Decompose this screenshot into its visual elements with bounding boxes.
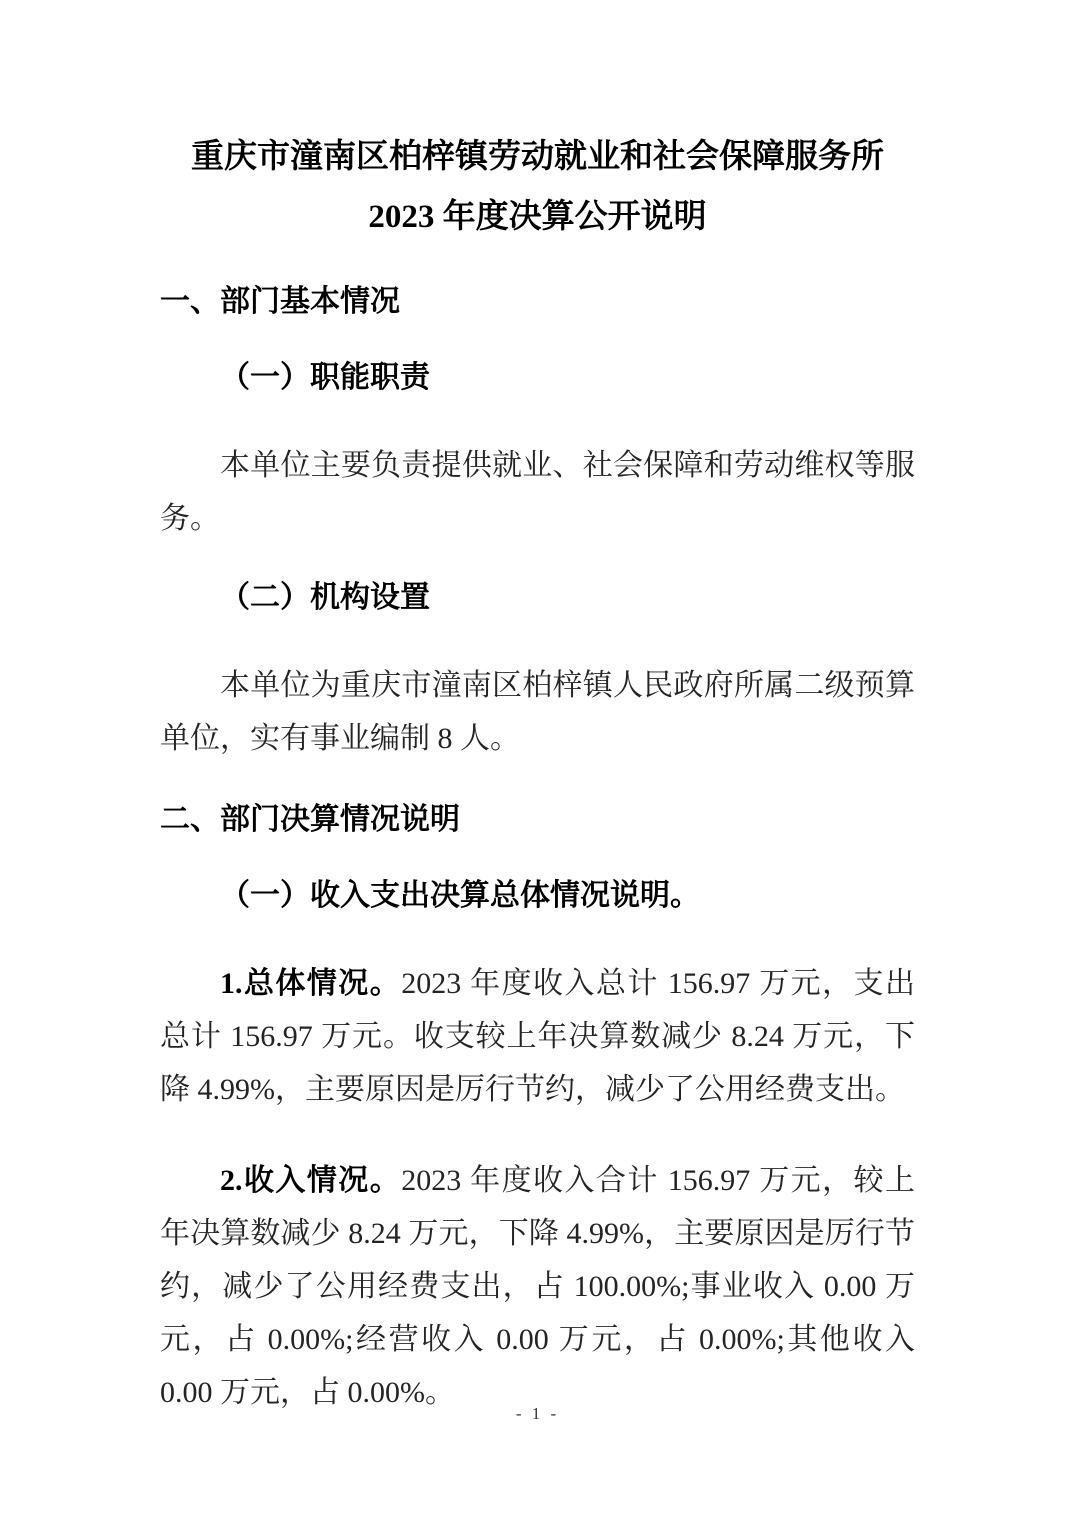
document-title-line1: 重庆市潼南区柏梓镇劳动就业和社会保障服务所 [160,127,915,187]
paragraph-income-situation-lead: 2.收入情况。 [220,1164,401,1197]
subsection-heading-organization: （二）机构设置 [160,575,915,621]
paragraph-organization: 本单位为重庆市潼南区柏梓镇人民政府所属二级预算单位，实有事业编制 8 人。 [160,659,915,765]
document-title-block: 重庆市潼南区柏梓镇劳动就业和社会保障服务所 2023 年度决算公开说明 [160,127,915,247]
paragraph-income-situation: 2.收入情况。2023 年度收入合计 156.97 万元，较上年决算数减少 8.… [160,1154,915,1419]
subsection-heading-income-expenditure-overview: （一）收入支出决算总体情况说明。 [160,873,915,919]
section-heading-basic-info: 一、部门基本情况 [160,279,915,325]
document-title-line2: 2023 年度决算公开说明 [160,187,915,247]
subsection-heading-duties: （一）职能职责 [160,355,915,401]
paragraph-duties: 本单位主要负责提供就业、社会保障和劳动维权等服务。 [160,439,915,545]
paragraph-overall-situation-lead: 1.总体情况。 [220,967,401,1000]
paragraph-income-situation-text: 2023 年度收入合计 156.97 万元，较上年决算数减少 8.24 万元，下… [160,1164,915,1409]
paragraph-overall-situation: 1.总体情况。2023 年度收入总计 156.97 万元，支出总计 156.97… [160,957,915,1116]
page-number: - 1 - [0,1404,1075,1424]
paragraph-duties-text: 本单位主要负责提供就业、社会保障和劳动维权等服务。 [160,449,915,535]
document-page: 重庆市潼南区柏梓镇劳动就业和社会保障服务所 2023 年度决算公开说明 一、部门… [0,0,1075,1520]
paragraph-organization-text: 本单位为重庆市潼南区柏梓镇人民政府所属二级预算单位，实有事业编制 8 人。 [160,669,915,755]
section-heading-final-accounts: 二、部门决算情况说明 [160,797,915,843]
